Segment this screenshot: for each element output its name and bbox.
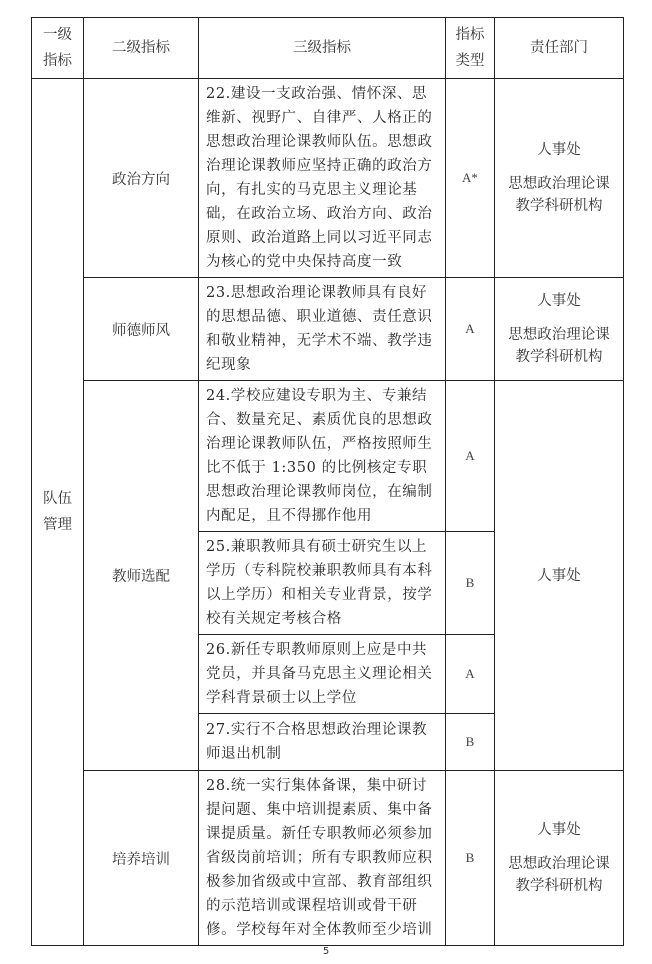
table-row: 培养培训 28.统一实行集体备课，集中研讨提问题、集中培训提素质、集中备课提质量… [32,771,624,946]
level3-cell: 26.新任专职教师原则上应是中共党员，并具备马克思主义理论相关学科背景硕士以上学… [199,635,446,714]
level3-cell: 28.统一实行集体备课，集中研讨提问题、集中培训提素质、集中备课提质量。新任专职… [199,771,446,946]
department-line: 教学科研机构 [495,875,623,897]
type-cell: A [446,381,495,532]
level1-category-line: 管理 [32,512,83,538]
header-level1-line: 指标 [32,48,83,74]
department-line: 人事处 [495,139,623,161]
page-number: 5 [0,946,652,957]
level2-cell: 培养培训 [84,771,199,946]
department-line: 思想政治理论课 [495,173,623,195]
department-line: 人事处 [495,819,623,841]
type-cell: B [446,714,495,771]
type-cell: A* [446,79,495,278]
type-cell: A [446,635,495,714]
header-level1: 一级 指标 [32,18,84,79]
department-cell: 人事处 思想政治理论课 教学科研机构 [495,79,624,278]
department-line: 人事处 [495,565,623,587]
table-row: 师德师风 23.思想政治理论课教师具有良好的思想品德、职业道德、责任意识和敬业精… [32,278,624,381]
level2-cell: 政治方向 [84,79,199,278]
department-line: 思想政治理论课 [495,853,623,875]
header-type-line: 指标 [446,22,494,48]
department-cell: 人事处 思想政治理论课 教学科研机构 [495,278,624,381]
document-page: 一级 指标 二级指标 三级指标 指标 类型 责任部门 队伍 管理 政治方向 [0,0,652,964]
level3-cell: 23.思想政治理论课教师具有良好的思想品德、职业道德、责任意识和敬业精神，无学术… [199,278,446,381]
level1-category-line: 队伍 [32,486,83,512]
department-line: 教学科研机构 [495,346,623,368]
level1-category-cell: 队伍 管理 [32,79,84,946]
type-cell: B [446,532,495,635]
header-type: 指标 类型 [446,18,495,79]
level2-cell: 教师选配 [84,381,199,771]
header-type-line: 类型 [446,48,494,74]
department-line: 思想政治理论课 [495,324,623,346]
department-line: 人事处 [495,290,623,312]
header-department: 责任部门 [495,18,624,79]
level3-cell: 27.实行不合格思想政治理论课教师退出机制 [199,714,446,771]
table-row: 队伍 管理 政治方向 22.建设一支政治强、情怀深、思维新、视野广、自律严、人格… [32,79,624,278]
type-cell: A [446,278,495,381]
table-row: 教师选配 24.学校应建设专职为主、专兼结合、数量充足、素质优良的思想政治理论课… [32,381,624,532]
level3-cell: 22.建设一支政治强、情怀深、思维新、视野广、自律严、人格正的思想政治理论课教师… [199,79,446,278]
indicator-table: 一级 指标 二级指标 三级指标 指标 类型 责任部门 队伍 管理 政治方向 [31,17,624,946]
level3-cell: 25.兼职教师具有硕士研究生以上学历（专科院校兼职教师具有本科以上学历）和相关专… [199,532,446,635]
header-level1-line: 一级 [32,22,83,48]
department-cell: 人事处 [495,381,624,771]
header-level2: 二级指标 [84,18,199,79]
header-level3: 三级指标 [199,18,446,79]
level3-cell: 24.学校应建设专职为主、专兼结合、数量充足、素质优良的思想政治理论课教师队伍，… [199,381,446,532]
department-cell: 人事处 思想政治理论课 教学科研机构 [495,771,624,946]
header-row: 一级 指标 二级指标 三级指标 指标 类型 责任部门 [32,18,624,79]
department-line: 教学科研机构 [495,195,623,217]
level2-cell: 师德师风 [84,278,199,381]
type-cell: B [446,771,495,946]
